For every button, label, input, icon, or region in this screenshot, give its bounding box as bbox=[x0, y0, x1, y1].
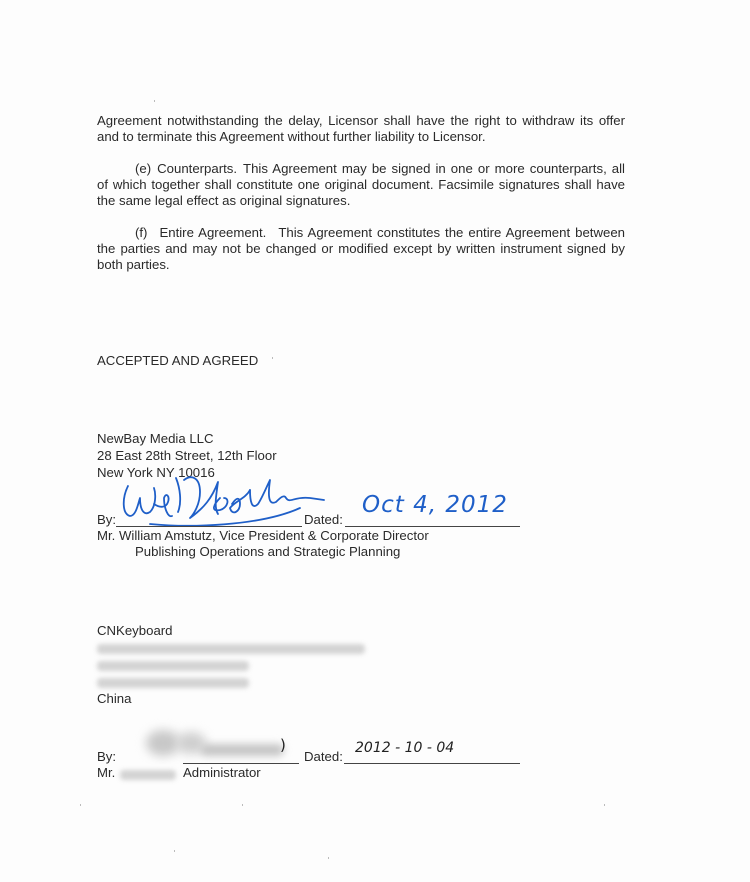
party1-signature bbox=[110, 468, 330, 528]
scan-speck bbox=[80, 804, 81, 806]
party1-signature-line[interactable] bbox=[116, 526, 302, 527]
party1-signer-department: Publishing Operations and Strategic Plan… bbox=[135, 544, 400, 560]
party2-address-redacted bbox=[97, 673, 365, 690]
party1-dated-label: Dated: bbox=[304, 512, 343, 528]
scan-speck bbox=[328, 857, 329, 859]
party2-country: China bbox=[97, 690, 365, 707]
party1-signer-name: Mr. William Amstutz, Vice President & Co… bbox=[97, 528, 429, 544]
paragraph-line: Agreement notwithstanding the delay, Lic… bbox=[97, 113, 625, 129]
paragraph-line: and to terminate this Agreement without … bbox=[97, 129, 625, 145]
party1-handwritten-date: Oct 4, 2012 bbox=[362, 492, 508, 518]
party2-handwritten-date: 2012 - 10 - 04 bbox=[355, 740, 454, 756]
scan-speck bbox=[174, 850, 175, 852]
party1-date-line[interactable] bbox=[345, 526, 520, 527]
clause-marker: (f) bbox=[135, 225, 147, 240]
party1-by-label: By: bbox=[97, 512, 116, 528]
clause-marker: (e) bbox=[135, 161, 151, 176]
paragraph-continuation: Agreement notwithstanding the delay, Lic… bbox=[97, 113, 625, 145]
scan-speck bbox=[272, 357, 273, 359]
clause-entire-agreement: (f)Entire Agreement.This Agreement const… bbox=[97, 225, 625, 274]
party2-date-line[interactable] bbox=[344, 763, 520, 764]
party2-signature-paren: ) bbox=[280, 736, 286, 754]
party2-signature-line[interactable] bbox=[183, 763, 299, 764]
party2-signer-name-redacted bbox=[120, 770, 176, 780]
clause-heading: Entire Agreement. bbox=[159, 225, 266, 240]
party2-address-block: CNKeyboard China bbox=[97, 622, 365, 707]
party2-signer-prefix: Mr. bbox=[97, 765, 115, 781]
party2-address-redacted bbox=[97, 656, 365, 673]
scan-speck bbox=[242, 804, 243, 806]
scan-speck bbox=[154, 100, 155, 102]
party2-by-label: By: bbox=[97, 749, 116, 765]
scan-speck bbox=[604, 804, 605, 806]
party2-signer-title: Administrator bbox=[183, 765, 261, 781]
party2-name: CNKeyboard bbox=[97, 622, 365, 639]
party1-address-line: 28 East 28th Street, 12th Floor bbox=[97, 447, 277, 464]
party2-signature-redacted bbox=[140, 728, 290, 762]
party2-address-redacted bbox=[97, 639, 365, 656]
clause-heading: Counterparts. bbox=[157, 161, 237, 176]
document-page: Agreement notwithstanding the delay, Lic… bbox=[0, 0, 750, 882]
clause-counterparts: (e)Counterparts.This Agreement may be si… bbox=[97, 161, 625, 210]
party2-dated-label: Dated: bbox=[304, 749, 343, 765]
party1-name: NewBay Media LLC bbox=[97, 430, 277, 447]
accepted-heading: ACCEPTED AND AGREED bbox=[97, 353, 258, 369]
